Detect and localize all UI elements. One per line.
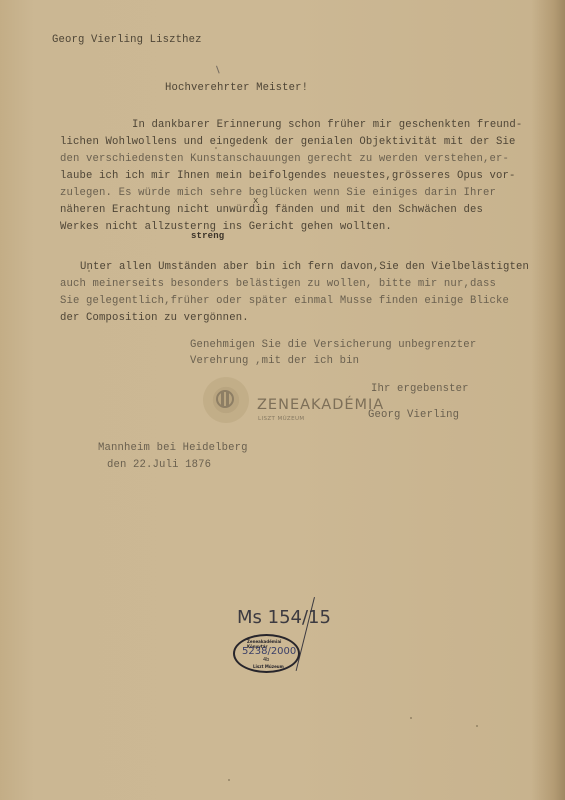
paragraph2-line: Sie gelegentlich,früher oder später einm… — [60, 296, 509, 307]
stamp-bottom-text: Liszt Múzeum — [253, 664, 284, 669]
letter-page: Georg Vierling Liszthez Hochverehrter Me… — [0, 0, 565, 800]
watermark-subtitle: LISZT MÚZEUM — [258, 416, 305, 422]
signoff: Ihr ergebenster — [371, 384, 469, 395]
zeneakademia-logo-icon — [203, 377, 249, 423]
pen-mark — [216, 66, 220, 74]
salutation: Hochverehrter Meister! — [165, 83, 308, 94]
archive-stamp: Zeneakadémiai Könyvtár 5238/2000 4b Lisz… — [233, 634, 300, 673]
paragraph1-line: laube ich ich mir Ihnen mein beifolgende… — [60, 171, 516, 182]
paragraph1-line: näheren Erachtung nicht unwürdig fänden … — [60, 205, 483, 216]
signature: Georg Vierling — [368, 410, 459, 421]
paragraph1-line: den verschiedensten Kunstanschauungen ge… — [60, 154, 509, 165]
paragraph1-line: lichen Wohlwollens und eingedenk der gen… — [60, 137, 516, 148]
watermark-name: ZENEAKADÉMIA — [257, 397, 384, 413]
place: Mannheim bei Heidelberg — [98, 443, 248, 454]
correction-word: streng — [191, 232, 224, 241]
closing-line: Verehrung ,mit der ich bin — [190, 356, 359, 367]
paragraph2-line: der Composition zu vergönnen. — [60, 313, 249, 324]
paper-speck — [476, 725, 478, 727]
paragraph2-line: Unter allen Umständen aber bin ich fern … — [80, 262, 529, 273]
paragraph2-line: auch meinerseits besonders belästigen zu… — [60, 279, 496, 290]
stamp-number: 5238/2000 — [242, 646, 296, 657]
letter-header: Georg Vierling Liszthez — [52, 35, 202, 46]
paragraph1-line: Werkes nicht allzusterng ins Gericht geh… — [60, 222, 392, 233]
date: den 22.Juli 1876 — [107, 460, 211, 471]
paragraph1-line: zulegen. Es würde mich sehre beglücken w… — [60, 188, 496, 199]
closing-line: Genehmigen Sie die Versicherung unbegren… — [190, 340, 476, 351]
paper-speck — [410, 717, 412, 719]
archive-handwritten-ref: Ms 154/15 — [237, 607, 331, 628]
paper-speck — [228, 779, 230, 781]
stamp-sub: 4b — [263, 657, 269, 663]
paragraph1-line: In dankbarer Erinnerung schon früher mir… — [132, 120, 522, 131]
